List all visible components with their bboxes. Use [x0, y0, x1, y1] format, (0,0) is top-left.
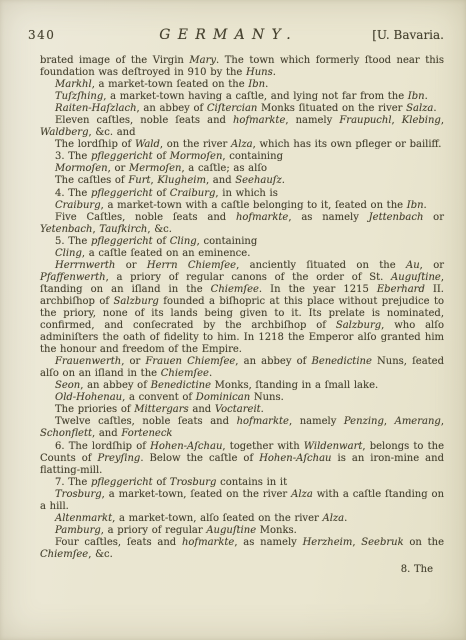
italic-text-run: Seehauſz	[235, 175, 282, 186]
italic-text-run: Schonflett	[40, 428, 92, 439]
paragraph: Mormoſen, or Mermoſen, a caſtle; as alſo	[40, 163, 444, 175]
text-run: , as namely	[234, 537, 302, 548]
text-run: , together with	[222, 441, 303, 452]
italic-text-run: Jettenbach	[369, 212, 424, 223]
italic-text-run: Ibn	[248, 79, 265, 90]
italic-text-run: hofmarkte	[233, 115, 285, 126]
text-run: 6. The lordſhip of	[55, 441, 150, 452]
text-run: , and	[206, 175, 235, 186]
italic-text-run: Benedictine	[151, 380, 211, 391]
italic-text-run: Ibn	[407, 200, 424, 211]
text-run: , containing	[222, 151, 283, 162]
text-run: .	[425, 91, 428, 102]
italic-text-run: Eberhard	[377, 284, 425, 295]
text-run: contains in it	[216, 477, 287, 488]
italic-text-run: Wildenwart	[304, 441, 363, 452]
paragraph: Eleven caſtles, noble ſeats and hofmarkt…	[40, 115, 444, 139]
italic-text-run: Mermoſen	[129, 163, 182, 174]
italic-text-run: Chiemſee	[161, 368, 209, 379]
italic-text-run: Au	[406, 260, 420, 271]
paragraph: Twelve caſtles, noble ſeats and hofmarkt…	[40, 416, 444, 440]
italic-text-run: hofmarkte	[236, 212, 288, 223]
page-body: brated image of the Virgin Mary. The tow…	[40, 55, 444, 561]
section-label: [U. Bavaria.	[356, 28, 444, 42]
italic-text-run: Voctareit	[215, 404, 261, 415]
paragraph: Seon, an abbey of Benedictine Monks, ſta…	[40, 380, 444, 392]
text-run: , a convent of	[122, 392, 196, 403]
text-run: Four caſtles, ſeats and	[55, 537, 182, 548]
text-run: , a market-town ſeated on the	[92, 79, 249, 90]
italic-text-run: Herrn Chiemſee	[147, 260, 236, 271]
italic-text-run: Altenmarkt	[55, 513, 112, 524]
paragraph: Markhl, a market-town ſeated on the Ibn.	[40, 79, 444, 91]
text-run: , anciently ſituated on the	[236, 260, 406, 271]
paragraph: 6. The lordſhip of Hohen-Aſchau, togethe…	[40, 441, 444, 477]
running-title: GERMANY.	[94, 27, 356, 43]
italic-text-run: Alza	[322, 513, 344, 524]
text-run: Twelve caſtles, noble ſeats and	[55, 416, 237, 427]
italic-text-run: Alza	[231, 139, 253, 150]
italic-text-run: Cling	[55, 248, 82, 259]
text-run: on the	[404, 537, 444, 548]
text-run: .	[424, 200, 427, 211]
text-run: , on the river	[160, 139, 231, 150]
paragraph: 3. The pfleggericht of Mormoſen, contain…	[40, 151, 444, 163]
italic-text-run: Pamburg	[55, 525, 101, 536]
paragraph: The lordſhip of Wald, on the river Alza,…	[40, 139, 444, 151]
italic-text-run: Trosburg	[55, 489, 102, 500]
text-run: 4. The	[55, 188, 91, 199]
text-run: 5. The	[55, 236, 91, 247]
italic-text-run: Mary	[189, 55, 216, 66]
italic-text-run: Waldberg	[40, 127, 88, 138]
italic-text-run: Hohen-Aſchau	[150, 441, 222, 452]
italic-text-run: Seebruk	[361, 537, 403, 548]
italic-text-run: Salza	[406, 103, 433, 114]
text-run: , in which is	[215, 188, 277, 199]
text-run: , which has its own pfleger or bailiff.	[253, 139, 442, 150]
text-run: ,	[441, 115, 444, 126]
italic-text-run: Craiburg	[55, 200, 101, 211]
paragraph: Raiten-Haſzlach, an abbey of Ciſtercian …	[40, 103, 444, 115]
text-run: , an abbey of	[235, 356, 311, 367]
paragraph: Altenmarkt, a market-town, alſo ſeated o…	[40, 513, 444, 525]
italic-text-run: Forteneck	[121, 428, 172, 439]
italic-text-run: Taufkirch	[99, 224, 147, 235]
italic-text-run: Markhl	[55, 79, 92, 90]
text-run: , a market-town, alſo ſeated on the rive…	[112, 513, 322, 524]
text-run: 3. The	[55, 151, 91, 162]
italic-text-run: hofmarkte	[237, 416, 289, 427]
italic-text-run: Salzburg	[336, 320, 381, 331]
text-run: 7. The	[55, 477, 91, 488]
italic-text-run: Ciſtercian	[207, 103, 257, 114]
catchword: 8. The	[401, 564, 433, 575]
paragraph: brated image of the Virgin Mary. The tow…	[40, 55, 444, 79]
italic-text-run: Hohen-Aſchau	[259, 453, 331, 464]
text-run: , a priory of regular canons of the orde…	[106, 272, 391, 283]
italic-text-run: Furt	[128, 175, 150, 186]
text-run: , a caſtle ſeated on an eminence.	[82, 248, 251, 259]
italic-text-run: pfleggericht	[91, 151, 153, 162]
text-run: , &c.	[147, 224, 172, 235]
italic-text-run: pfleggericht	[91, 188, 153, 199]
italic-text-run: Pfaffenwerth	[40, 272, 106, 283]
italic-text-run: Salzburg	[114, 296, 159, 307]
italic-text-run: Ibn	[408, 91, 425, 102]
text-run: ,	[384, 416, 395, 427]
text-run: , a caſtle; as alſo	[181, 163, 267, 174]
italic-text-run: Benedictine	[311, 356, 371, 367]
text-run: . In the year 1215	[259, 284, 377, 295]
text-run: , or	[108, 163, 129, 174]
italic-text-run: Auguſtine	[391, 272, 441, 283]
italic-text-run: Huns	[246, 67, 273, 78]
paragraph: The priories of Mittergars and Voctareit…	[40, 404, 444, 416]
catchword-row: 8. The	[40, 564, 433, 575]
italic-text-run: Frauenwerth	[55, 356, 121, 367]
paragraph: Four caſtles, ſeats and hofmarkte, as na…	[40, 537, 444, 561]
text-run: ,	[392, 115, 402, 126]
text-run: , or	[420, 260, 444, 271]
text-run: or	[115, 260, 147, 271]
text-run: , a market-town with a caſtle belonging …	[101, 200, 407, 211]
text-run: Monks.	[256, 525, 297, 536]
text-run: or	[423, 212, 444, 223]
text-run: .	[209, 368, 212, 379]
paragraph: 7. The pfleggericht of Trosburg contains…	[40, 477, 444, 489]
text-run: , namely	[289, 416, 344, 427]
text-run: , and	[92, 428, 121, 439]
italic-text-run: Seon	[55, 380, 80, 391]
italic-text-run: Yetenbach	[40, 224, 92, 235]
text-run: and	[189, 404, 215, 415]
italic-text-run: Mormoſen	[170, 151, 223, 162]
italic-text-run: Amerang	[395, 416, 441, 427]
text-run: brated image of the Virgin	[40, 55, 189, 66]
text-run: , an abbey of	[80, 380, 150, 391]
text-run: of	[153, 188, 170, 199]
text-run: , &c.	[88, 549, 113, 560]
page-number: 340	[28, 28, 94, 42]
text-run: Monks ſituated on the river	[257, 103, 406, 114]
paragraph: Old-Hohenau, a convent of Dominican Nuns…	[40, 392, 444, 404]
page-header: 340 GERMANY. [U. Bavaria.	[0, 0, 466, 43]
text-run: of	[153, 151, 170, 162]
text-run: ,	[352, 537, 361, 548]
text-run: , a market-town, ſeated on the river	[102, 489, 292, 500]
text-run: The caſtles of	[55, 175, 128, 186]
paragraph: Five Caſtles, noble ſeats and hofmarkte,…	[40, 212, 444, 236]
text-run: , a priory of regular	[101, 525, 207, 536]
paragraph: The caſtles of Furt, Klugheim, and Seeha…	[40, 175, 444, 187]
text-run: Monks, ſtanding in a ſmall lake.	[211, 380, 378, 391]
italic-text-run: Chiemſee	[211, 284, 259, 295]
paragraph: 4. The pfleggericht of Craiburg, in whic…	[40, 188, 444, 200]
italic-text-run: Preyſing	[97, 453, 140, 464]
paragraph: Craiburg, a market-town with a caſtle be…	[40, 200, 444, 212]
italic-text-run: Craiburg	[170, 188, 216, 199]
italic-text-run: Wald	[135, 139, 160, 150]
italic-text-run: Auguſtine	[206, 525, 256, 536]
italic-text-run: Mittergars	[134, 404, 188, 415]
text-run: of	[153, 236, 170, 247]
italic-text-run: Mormoſen	[55, 163, 108, 174]
text-run: .	[273, 67, 276, 78]
italic-text-run: Dominican	[196, 392, 250, 403]
italic-text-run: pfleggericht	[91, 477, 153, 488]
italic-text-run: Trosburg	[170, 477, 217, 488]
italic-text-run: Old-Hohenau	[55, 392, 122, 403]
text-run: , an abbey of	[137, 103, 207, 114]
italic-text-run: Herrnwerth	[55, 260, 115, 271]
paragraph: Frauenwerth, or Frauen Chiemſee, an abbe…	[40, 356, 444, 380]
italic-text-run: Cling	[170, 236, 197, 247]
italic-text-run: Frauen Chiemſee	[145, 356, 235, 367]
text-run: .	[344, 513, 347, 524]
italic-text-run: hofmarkte	[182, 537, 234, 548]
paragraph: Tuſzſhing, a market-town having a caſtle…	[40, 91, 444, 103]
text-run: , or	[121, 356, 145, 367]
text-run: Five Caſtles, noble ſeats and	[55, 212, 236, 223]
text-run: , &c. and	[88, 127, 135, 138]
text-run: , as namely	[288, 212, 368, 223]
paragraph: Herrnwerth or Herrn Chiemſee, anciently …	[40, 260, 444, 356]
italic-text-run: Raiten-Haſzlach	[55, 103, 137, 114]
paragraph: Trosburg, a market-town, ſeated on the r…	[40, 489, 444, 513]
text-run: Nuns.	[250, 392, 284, 403]
text-run: of	[153, 477, 170, 488]
italic-text-run: Klugheim	[157, 175, 206, 186]
italic-text-run: Alza	[291, 489, 313, 500]
text-run: .	[282, 175, 285, 186]
text-run: The lordſhip of	[55, 139, 135, 150]
italic-text-run: Fraupuchl	[339, 115, 391, 126]
italic-text-run: Chiemſee	[40, 549, 88, 560]
paragraph: Pamburg, a priory of regular Auguſtine M…	[40, 525, 444, 537]
text-run: .	[433, 103, 436, 114]
italic-text-run: Penzing	[344, 416, 384, 427]
italic-text-run: Tuſzſhing	[55, 91, 103, 102]
text-run: ,	[441, 416, 444, 427]
book-page: 340 GERMANY. [U. Bavaria. brated image o…	[0, 0, 466, 640]
italic-text-run: pfleggericht	[91, 236, 153, 247]
text-run: . Below the caſtle of	[140, 453, 259, 464]
text-run: , namely	[285, 115, 339, 126]
paragraph: 5. The pfleggericht of Cling, containing	[40, 236, 444, 248]
text-run: .	[261, 404, 264, 415]
text-run: .	[265, 79, 268, 90]
italic-text-run: Herzheim	[303, 537, 353, 548]
italic-text-run: Klebing	[402, 115, 441, 126]
text-run: , a market-town having a caſtle, and lyi…	[103, 91, 408, 102]
text-run: The priories of	[55, 404, 134, 415]
text-run: , containing	[197, 236, 258, 247]
text-run: Eleven caſtles, noble ſeats and	[55, 115, 233, 126]
paragraph: Cling, a caſtle ſeated on an eminence.	[40, 248, 444, 260]
